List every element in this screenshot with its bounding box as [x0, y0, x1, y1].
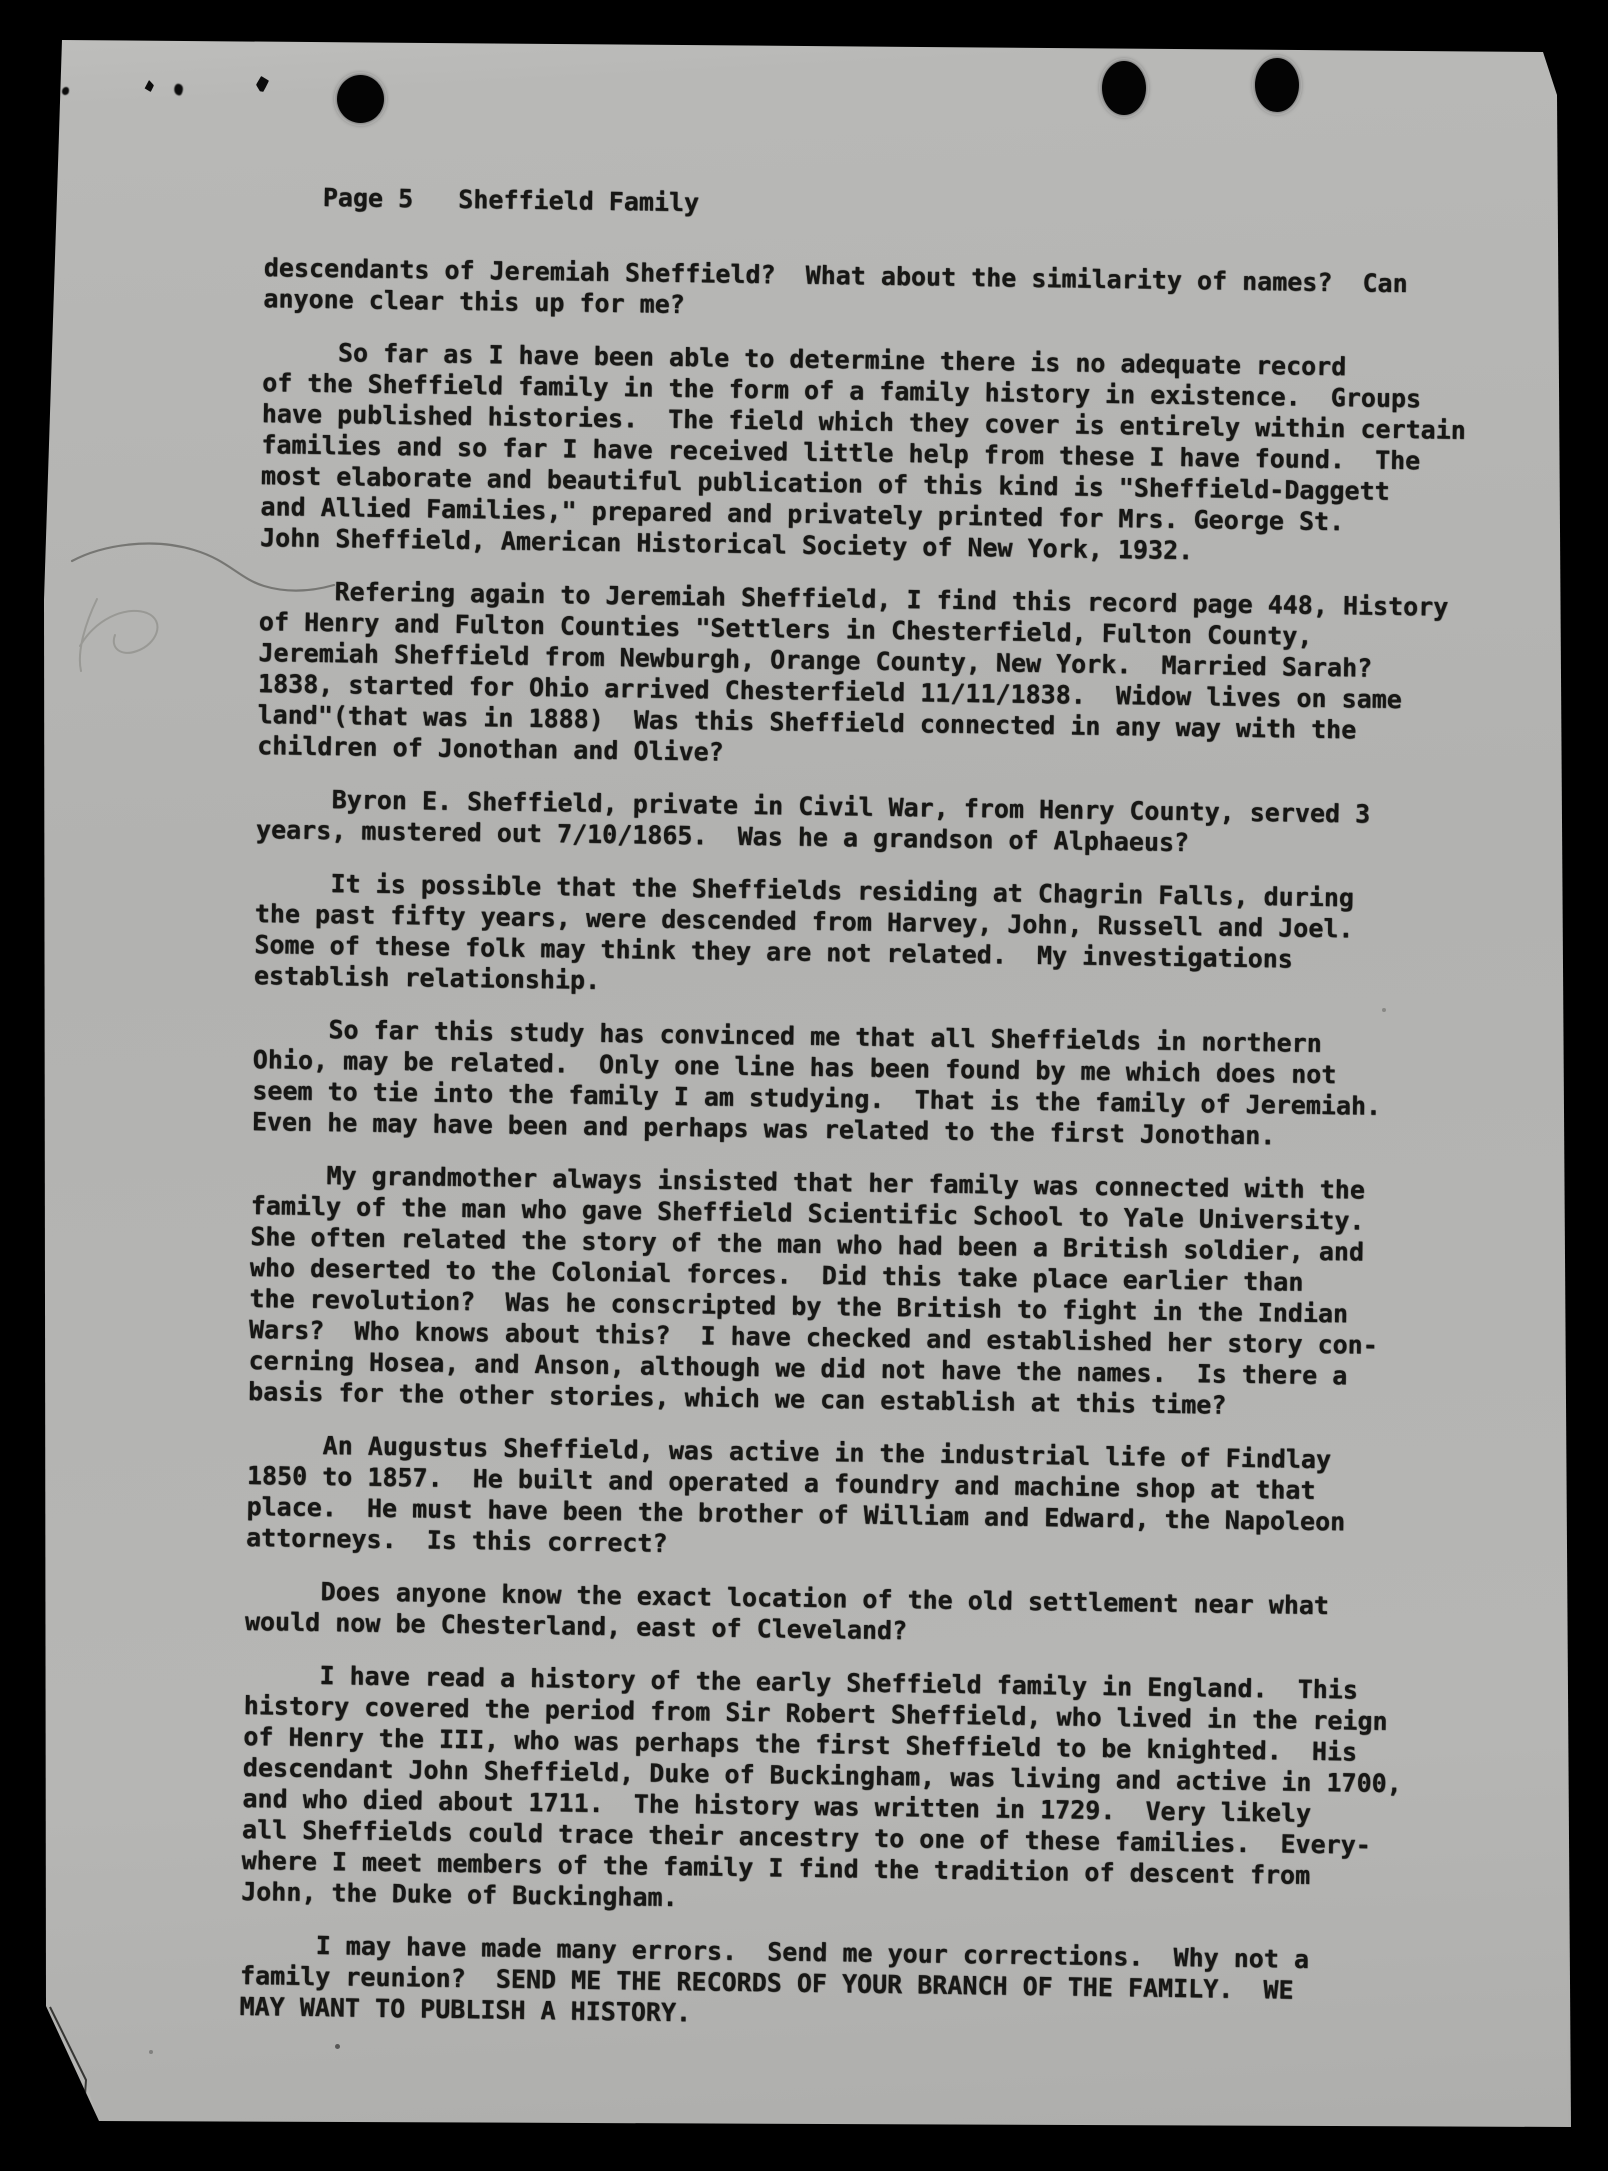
dust-speck	[149, 2050, 153, 2054]
punch-hole	[337, 75, 384, 123]
punch-hole	[1102, 61, 1146, 115]
paragraph: So far this study has convinced me that …	[252, 1013, 1534, 1155]
paragraph: An Augustus Sheffield, was active in the…	[246, 1429, 1528, 1571]
paragraph: Byron E. Sheffield, private in Civil War…	[256, 783, 1537, 863]
paragraph: I have read a history of the early Sheff…	[241, 1659, 1524, 1925]
pencil-scribble	[80, 599, 158, 671]
punch-hole	[1255, 58, 1299, 112]
corner-fold-highlight	[47, 2008, 98, 2120]
typewritten-text: Page 5 Sheffield Family descendants of J…	[239, 181, 1545, 2062]
paragraph: It is possible that the Sheffields resid…	[254, 867, 1536, 1009]
paragraph: Does anyone know the exact location of t…	[245, 1575, 1526, 1655]
paragraph: Refering again to Jeremiah Sheffield, I …	[257, 575, 1539, 779]
paragraph: My grandmother always insisted that her …	[248, 1159, 1531, 1425]
corner-fold-crease	[50, 2007, 97, 2121]
paragraph: So far as I have been able to determine …	[260, 336, 1543, 571]
paragraph: descendants of Jeremiah Sheffield? What …	[263, 252, 1544, 332]
scanned-document: Page 5 Sheffield Family descendants of J…	[0, 0, 1608, 2171]
paragraph: I may have made many errors. Send me you…	[239, 1929, 1520, 2040]
